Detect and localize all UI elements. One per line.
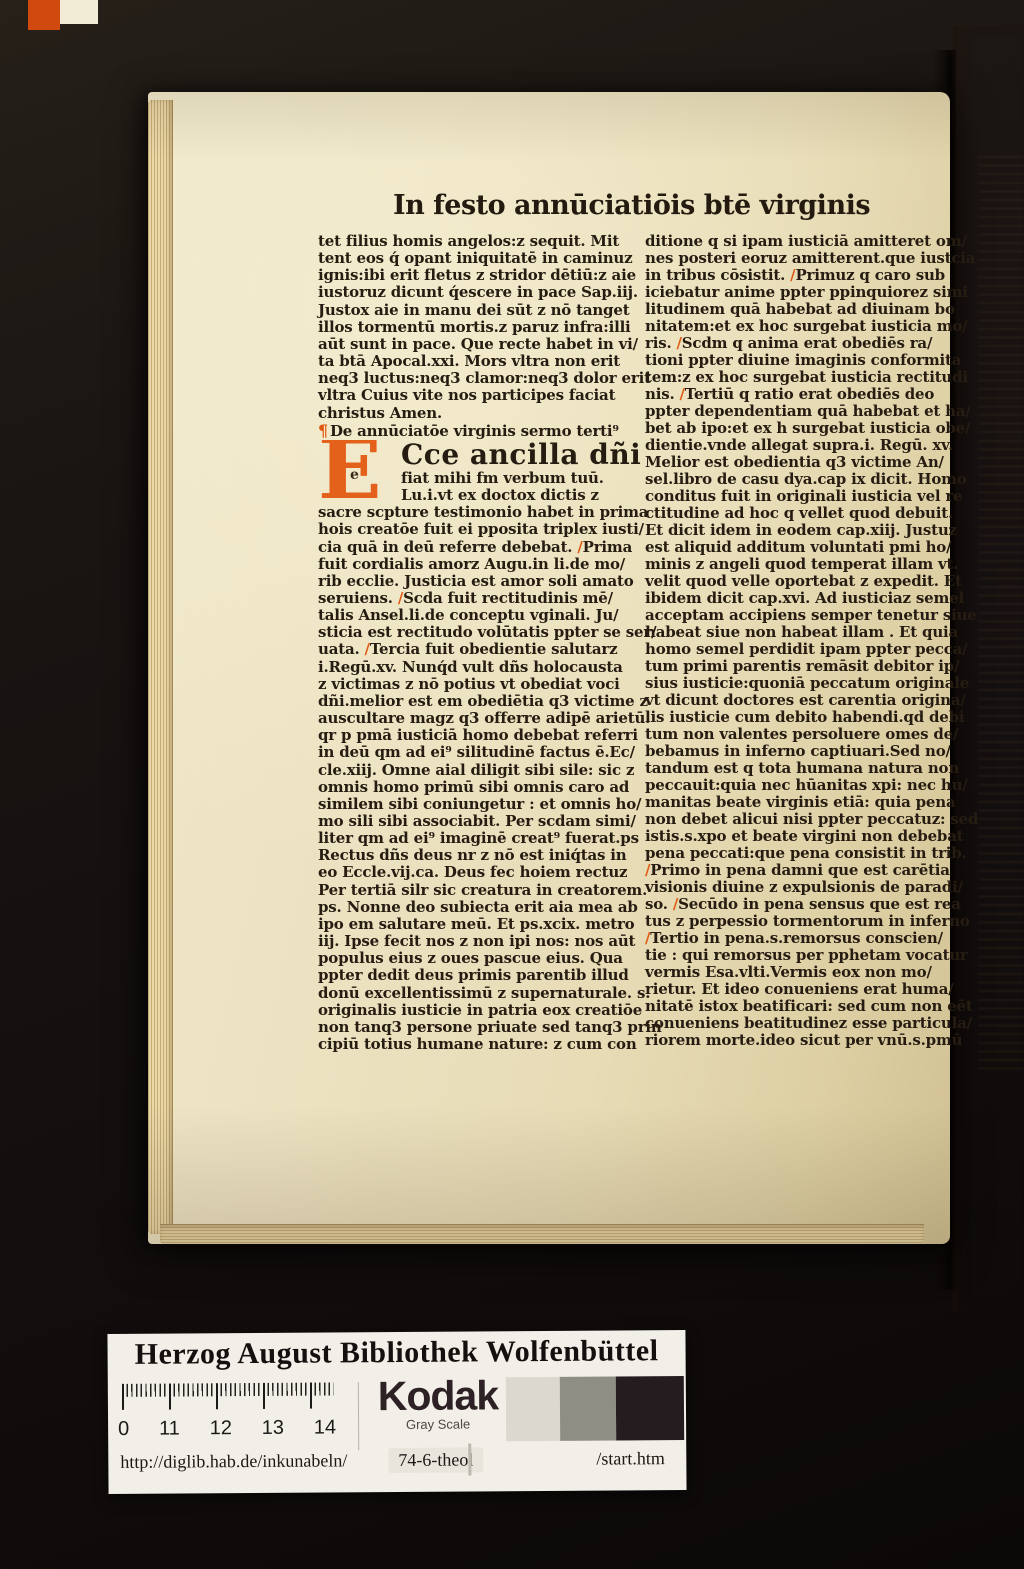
text-line: non debet alicui nisi ppter peccatuz: se… [645, 811, 963, 828]
text-line: nes posteri eoruz amitterent.que iustcia [645, 250, 963, 267]
text-line: mo sili sibi associabit. Per scdam simi/ [318, 813, 644, 830]
color-patch-orange [28, 0, 60, 30]
initial-guide-letter: e [350, 467, 359, 483]
left-body-lines: sacre scpture testimonio habet in primah… [318, 504, 644, 1053]
book-page: In festo annūciatiōis btē virginis tet f… [148, 92, 950, 1244]
text-line: /Primo in pena damni que est carētia [645, 862, 963, 879]
text-line: lis iusticie cum debito habendi.qd debi [645, 709, 963, 726]
text-line: donū excellentissimū z supernaturale. s. [318, 985, 644, 1002]
text-line: acceptam accipiens semper tenetur siue [645, 607, 963, 624]
page-heading: In festo annūciatiōis btē virginis [393, 190, 863, 221]
text-line: omnis homo primū sibi omnis caro ad [318, 779, 644, 796]
text-line: ris. /Scdm q anima erat obediēs ra/ [645, 335, 963, 352]
text-line: non tanq3 persone priuate sed tanq3 prin [318, 1019, 644, 1036]
text-line: habeat siue non habeat illam . Et quia [645, 624, 963, 641]
sermon-heading-line: ¶De annūciatōe virginis sermo terti⁹ [318, 422, 644, 440]
text-line: talis Ansel.li.de conceptu vginali. Ju/ [318, 607, 644, 624]
text-line: ppter dependentiam quā habebat et ha/ [645, 403, 963, 420]
facing-page-text-shadow [978, 156, 1024, 1072]
text-line: originalis iusticie in patria eox creati… [318, 1002, 644, 1019]
red-pilcrow: ¶ [318, 421, 328, 440]
text-line: litudinem quā habebat ad diuinam bo [645, 301, 963, 318]
text-line: Rectus dñs deus nr z nō est iniq́tas in [318, 847, 644, 864]
text-line: seruiens. /Scda fuit rectitudinis mē/ [318, 590, 644, 607]
text-line: qr p pmā iusticiā homo debebat referri [318, 727, 644, 744]
text-line: tus z perpessio tormentorum in inferno [645, 913, 963, 930]
text-line: ibidem dicit cap.xvi. Ad iusticiaz semel [645, 590, 963, 607]
text-line: ignis:ibi erit fletus z stridor dētiū:z … [318, 267, 644, 284]
ruler-number: 12 [210, 1417, 232, 1440]
text-line: bebamus in inferno captiuari.Sed no/ [645, 743, 963, 760]
text-line: ditione q si ipam iusticiā amitteret om/ [645, 233, 963, 250]
text-line: sacre scpture testimonio habet in prima [318, 504, 644, 521]
text-line: eo Eccle.vij.ca. Deus fec hoiem rectuz [318, 864, 644, 881]
right-text-column: ditione q si ipam iusticiā amitteret om/… [645, 233, 963, 1049]
library-name: Herzog August Bibliothek Wolfenbüttel [107, 1334, 685, 1372]
ruler: 0 11 12 13 14 [118, 1382, 359, 1452]
text-line: tent eos q́ opant iniquitatē in caminuz [318, 250, 644, 267]
text-line: vermis Esa.vlti.Vermis eox non mo/ [645, 964, 963, 981]
text-line: peccauit:quia nec hūanitas xpi: nec hu/ [645, 777, 963, 794]
kodak-wordmark: Kodak [360, 1375, 516, 1416]
text-line: ta btā Apocal.xxi. Mors vltra non erit [318, 353, 644, 370]
text-line: visionis diuine z expulsionis de paradi/ [645, 879, 963, 896]
text-line: vt dicunt doctores est carentia origina/ [645, 692, 963, 709]
gray-patch-dark [616, 1376, 684, 1440]
text-line: ppter dedit deus primis parentib illud [318, 967, 644, 984]
text-line: iij. Ipse fecit nos z non ipi nos: nos a… [318, 933, 644, 950]
text-line: liter qm ad ei⁹ imaginē creat⁹ fuerat.ps [318, 830, 644, 847]
ruler-major-ticks [122, 1382, 336, 1409]
page-left-edge-leaves [148, 100, 173, 1234]
text-line: sticia est rectitudo volūtatis ppter se … [318, 624, 644, 641]
text-line: Et dicit idem in eodem cap.xiij. Justuz [645, 522, 963, 539]
gray-patch-light [506, 1377, 560, 1441]
text-line: minis z angeli quod temperat illam vt. [645, 556, 963, 573]
text-line: aūt sunt in pace. Que recte habet in vi/ [318, 336, 644, 353]
ruler-number: 14 [314, 1416, 336, 1439]
text-line: fuit cordialis amorz Augu.in li.de mo/ [318, 556, 644, 573]
text-line: conueniens beatitudinez esse particula/ [645, 1015, 963, 1032]
text-line: ctitudine ad hoc q vellet quod debuit. [645, 505, 963, 522]
text-line: velit quod velle oportebat z expedit. Et [645, 573, 963, 590]
kodak-block: Kodak Gray Scale [360, 1375, 516, 1432]
text-line: sius iusticie:quoniā peccatum originale [645, 675, 963, 692]
divider-bar [468, 1443, 471, 1475]
text-line: tandum est q tota humana natura non [645, 760, 963, 777]
lombard-initial-E: E e [318, 443, 396, 504]
right-column-lines: ditione q si ipam iusticiā amitteret om/… [645, 233, 963, 1049]
photo-canvas: In festo annūciatiōis btē virginis tet f… [0, 0, 1024, 1569]
text-line: ps. Nonne deo subiecta erit aia mea ab [318, 899, 644, 916]
text-line: vltra Cuius vite nos participes faciat [318, 387, 644, 404]
text-line: bet ab ipo:et ex h surgebat iusticia obe… [645, 420, 963, 437]
ruler-number: 11 [159, 1418, 180, 1441]
text-line: Per tertiā silr sic creatura in creatore… [318, 882, 644, 899]
text-line: nitatē istox beatificari: sed cum non eē… [645, 998, 963, 1015]
text-line: i.Regū.xv. Nunq́d vult dñs holocausta [318, 659, 644, 676]
left-intro-lines: tet filius homis angelos:z sequit. Mitte… [318, 233, 644, 422]
text-line: tioni ppter diuine imaginis conformita [645, 352, 963, 369]
text-line: tum non valentes persoluere omes de/ [645, 726, 963, 743]
text-line: christus Amen. [318, 405, 644, 422]
text-line: rib ecclie. Justicia est amor soli amato [318, 573, 644, 590]
text-line: tem:z ex hoc surgebat iusticia rectitudi [645, 369, 963, 386]
text-line: cipiū totius humane nature: z cum con [318, 1036, 644, 1053]
text-line: est aliquid additum voluntati pmi ho/ [645, 539, 963, 556]
text-line: Melior est obedientia q3 victime An/ [645, 454, 963, 471]
text-line: rietur. Et ideo conueniens erat huma/ [645, 981, 963, 998]
text-line: iustoruz dicunt q́escere in pace Sap.iij… [318, 284, 644, 301]
text-line: populus eius z oues pascue eius. Qua [318, 950, 644, 967]
text-line: pena peccati:que pena consistit in trib. [645, 845, 963, 862]
facing-page-edge [953, 26, 1024, 1312]
base-url: http://diglib.hab.de/inkunabeln/ [120, 1450, 347, 1473]
text-line: Justox aie in manu dei sūt z nō tanget [318, 302, 644, 319]
incipit-block: E e Cce ancilla dñi fiat mihi fm verbum … [318, 440, 644, 504]
text-line: similem sibi coniungetur : et omnis ho/ [318, 796, 644, 813]
text-line: tie : qui remorsus per pphetam vocatur [645, 947, 963, 964]
text-line: sel.libro de casu dya.cap ix dicit. Homo [645, 471, 963, 488]
ruler-number: 0 [118, 1418, 129, 1441]
ruler-numbers: 0 11 12 13 14 [118, 1416, 336, 1441]
text-line: in tribus cōsistit. /Primuz q caro sub [645, 267, 963, 284]
text-line: tet filius homis angelos:z sequit. Mit [318, 233, 644, 250]
page-bottom-edge-leaves [160, 1224, 924, 1244]
text-line: istis.s.xpo et beate virgini non debebat [645, 828, 963, 845]
text-line: /Tertio in pena.s.remorsus conscien/ [645, 930, 963, 947]
ruler-number: 13 [262, 1417, 284, 1440]
color-patch-white [60, 0, 98, 24]
text-line: z victimas z nō potius vt obediat voci [318, 676, 644, 693]
text-line: auscultare magz q3 offerre adipē arietū. [318, 710, 644, 727]
text-line: illos tormentū mortis.z paruz infra:illi [318, 319, 644, 336]
text-line: cia quā in deū referre debebat. /Prima [318, 539, 644, 556]
text-line: riorem morte.ideo sicut per vnū.s.pmū [645, 1032, 963, 1049]
left-text-column: tet filius homis angelos:z sequit. Mitte… [318, 233, 644, 1053]
text-line: so. /Secūdo in pena sensus que est rea [645, 896, 963, 913]
start-url: /start.htm [596, 1448, 665, 1469]
text-line: hois creatōe fuit ei pposita triplex ius… [318, 521, 644, 538]
text-line: dientie.vnde allegat supra.i. Regū. xv. [645, 437, 963, 454]
text-line: nitatem:et ex hoc surgebat iusticia mo/ [645, 318, 963, 335]
text-line: conditus fuit in originali iusticia vel … [645, 488, 963, 505]
text-line: dñi.melior est em obediētia q3 victime z [318, 693, 644, 710]
library-label: Herzog August Bibliothek Wolfenbüttel 0 … [107, 1330, 686, 1494]
text-line: uata. /Tercia fuit obedientie salutarz [318, 641, 644, 658]
text-line: neq3 luctus:neq3 clamor:neq3 dolor erit [318, 370, 644, 387]
text-line: homo semel perdidit ipam ppter pecca/ [645, 641, 963, 658]
text-line: iciebatur anime ppter ppinquiorez simi [645, 284, 963, 301]
gray-patch-mid [560, 1376, 616, 1440]
text-line: ipo em salutare meū. Et ps.xcix. metro [318, 916, 644, 933]
text-line: cle.xiij. Omne aial diligit sibi sile: s… [318, 762, 644, 779]
text-line: manitas beate virginis etiā: quia pena [645, 794, 963, 811]
text-line: in deū qm ad ei⁹ silitudinē factus ē.Ec/ [318, 744, 644, 761]
sermon-title: De annūciatōe virginis sermo terti⁹ [330, 422, 619, 440]
text-line: tum primi parentis remāsit debitor ip/ [645, 658, 963, 675]
text-line: nis. /Tertiū q ratio erat obediēs deo [645, 386, 963, 403]
